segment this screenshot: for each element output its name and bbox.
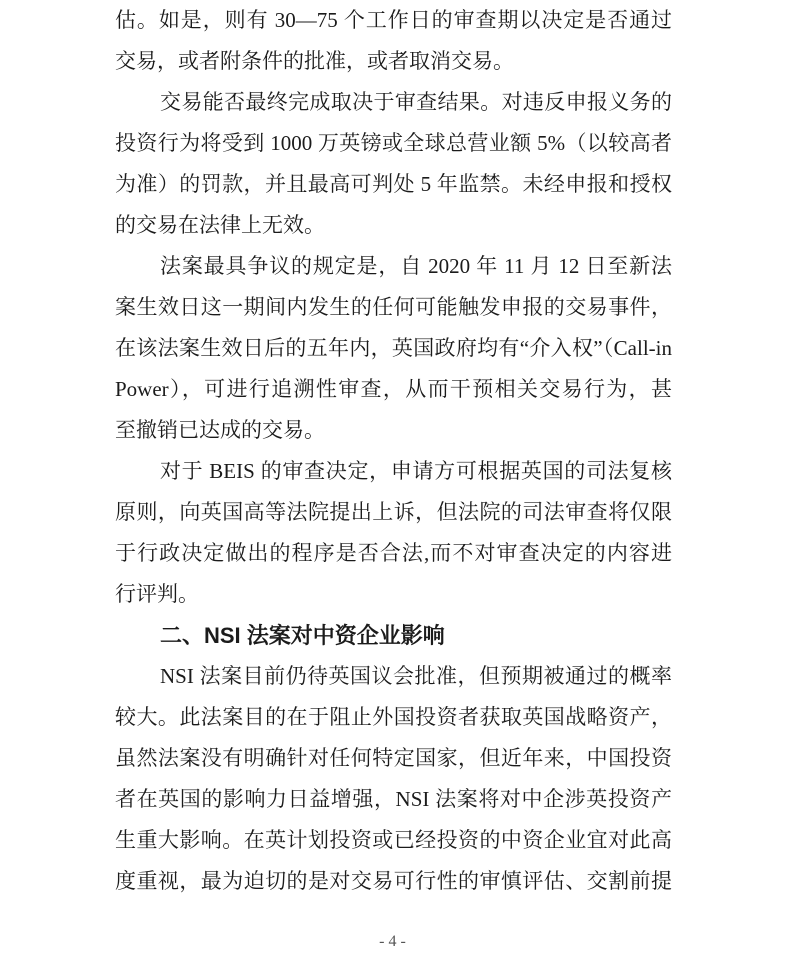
text-line: 较大。此法案目的在于阻止外国投资者获取英国战略资产，	[115, 697, 672, 738]
text-line: 交易，或者附条件的批准，或者取消交易。	[115, 41, 672, 82]
section-heading: 二、NSI 法案对中资企业影响	[115, 615, 672, 656]
text-line: 行评判。	[115, 574, 672, 615]
text-line: 生重大影响。在英计划投资或已经投资的中资企业宜对此高	[115, 820, 672, 861]
text-line: 者在英国的影响力日益增强，NSI 法案将对中企涉英投资产	[115, 779, 672, 820]
text-line: 原则，向英国高等法院提出上诉，但法院的司法审查将仅限	[115, 492, 672, 533]
text-line: 估。如是，则有 30—75 个工作日的审查期以决定是否通过	[115, 0, 672, 41]
text-line: 交易能否最终完成取决于审查结果。对违反申报义务的	[115, 82, 672, 123]
text-line: 虽然法案没有明确针对任何特定国家，但近年来，中国投资	[115, 738, 672, 779]
text-line: 对于 BEIS 的审查决定，申请方可根据英国的司法复核	[115, 451, 672, 492]
text-line: 的交易在法律上无效。	[115, 205, 672, 246]
text-line: 法案最具争议的规定是，自 2020 年 11 月 12 日至新法	[115, 246, 672, 287]
text-line: 案生效日这一期间内发生的任何可能触发申报的交易事件，	[115, 287, 672, 328]
text-line: 度重视，最为迫切的是对交易可行性的审慎评估、交割前提	[115, 861, 672, 902]
text-line: 于行政决定做出的程序是否合法,而不对审查决定的内容进	[115, 533, 672, 574]
page-number: - 4 -	[0, 933, 785, 951]
text-line: 至撤销已达成的交易。	[115, 410, 672, 451]
text-line: 为准）的罚款，并且最高可判处 5 年监禁。未经申报和授权	[115, 164, 672, 205]
text-line: 在该法案生效日后的五年内，英国政府均有“介入权”（Call-in	[115, 328, 672, 369]
text-line: Power），可进行追溯性审查，从而干预相关交易行为，甚	[115, 369, 672, 410]
text-line: NSI 法案目前仍待英国议会批准，但预期被通过的概率	[115, 656, 672, 697]
document-body: 估。如是，则有 30—75 个工作日的审查期以决定是否通过交易，或者附条件的批准…	[115, 0, 672, 902]
text-line: 投资行为将受到 1000 万英镑或全球总营业额 5%（以较高者	[115, 123, 672, 164]
document-page: 估。如是，则有 30—75 个工作日的审查期以决定是否通过交易，或者附条件的批准…	[0, 0, 785, 969]
